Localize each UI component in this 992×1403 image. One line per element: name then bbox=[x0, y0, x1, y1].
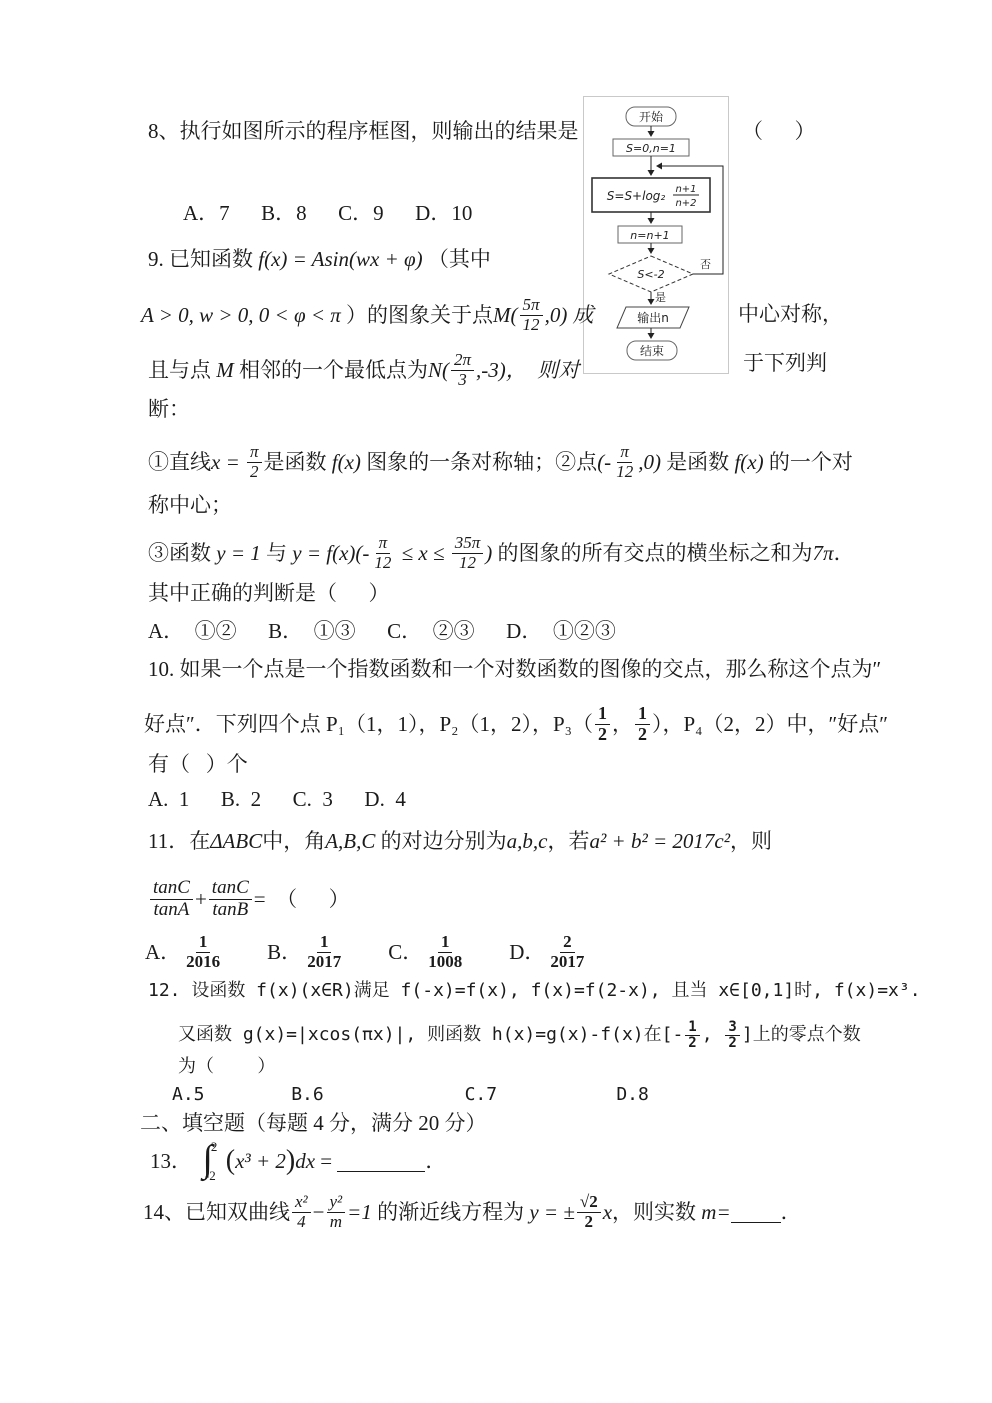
q8-flowchart: 开始 S=0,n=1 S=S+log₂ n+1 n+2 n=n+1 S<-2 否… bbox=[583, 96, 731, 376]
q13-line: 13． ∫ 2-2 (x³ + 2)dx = ． bbox=[150, 1138, 446, 1184]
q10-line2: 好点″．下列四个点 P₁（1，1），P₂（1，2），P₃（12，12），P₄（2… bbox=[144, 698, 888, 750]
fraction-tanC-tanA: tanCtanA bbox=[150, 878, 193, 920]
q11-options: A．12016 B．12017 C．11008 D．22017 bbox=[145, 922, 589, 982]
q9-line2: A > 0, w > 0, 0 < φ < π ）的图象关于点M(5π12,0)… bbox=[141, 291, 594, 339]
fraction-1-2016: 12016 bbox=[183, 933, 223, 971]
q12-options: A.5 B.6 C.7 D.8 bbox=[172, 1084, 649, 1107]
q14-answer-blank bbox=[731, 1202, 781, 1223]
flow-start-label: 开始 bbox=[639, 109, 664, 124]
q10-options: A. 1 B. 2 C. 3 D. 4 bbox=[148, 786, 406, 812]
fraction-1-2c: 12 bbox=[685, 1020, 699, 1050]
q9-judgement-1-2: ①直线x = π2是函数 f(x) 图象的一条对称轴；②点(-π12,0) 是函… bbox=[148, 436, 853, 488]
fraction-y2-m: y²m bbox=[327, 1193, 346, 1231]
flow-init-label: S=0,n=1 bbox=[626, 142, 676, 155]
q10-line3: 有（ ）个 bbox=[148, 751, 248, 777]
q13-answer-blank bbox=[337, 1151, 425, 1172]
fraction-pi-12b: π12 bbox=[371, 534, 394, 572]
flow-body-label: S=S+log₂ bbox=[607, 189, 666, 203]
fraction-3-2: 32 bbox=[725, 1020, 739, 1050]
flow-body-frac-num: n+1 bbox=[675, 184, 696, 195]
q8-options: A．7 B．8 C．9 D．10 bbox=[183, 200, 472, 226]
q9-conclusion: 其中正确的判断是（ ） bbox=[148, 580, 390, 606]
q9-side-text2: 于下列判 bbox=[743, 350, 827, 376]
fraction-pi-12: π12 bbox=[613, 443, 636, 481]
flow-increment-label: n=n+1 bbox=[630, 229, 669, 242]
fraction-2pi-3: 2π3 bbox=[451, 351, 474, 389]
q9-options: A． ①② B． ①③ C． ②③ D． ①②③ bbox=[148, 618, 616, 644]
q12-line3: 为（ ） bbox=[178, 1056, 275, 1079]
fraction-5pi-12: 5π12 bbox=[520, 296, 543, 334]
q9-line1: 9. 已知函数 f(x) = Asin(wx + φ) （其中 bbox=[148, 246, 491, 272]
fraction-sqrt2-2: √22 bbox=[577, 1193, 601, 1231]
q14-line: 14、已知双曲线x²4−y²m=1 的渐近线方程为 y = ±√22x，则实数 … bbox=[143, 1186, 802, 1238]
flow-output-label: 输出n bbox=[637, 310, 669, 325]
fraction-1-1008: 11008 bbox=[425, 933, 465, 971]
q9-judgement-3: ③函数 y = 1 与 y = f(x)(-π12 ≤ x ≤ 35π12) 的… bbox=[148, 526, 855, 580]
fraction-1-2a: 12 bbox=[595, 704, 610, 744]
fraction-tanC-tanB: tanCtanB bbox=[209, 878, 252, 920]
fraction-1-2b: 12 bbox=[635, 704, 650, 744]
q9-function: f(x) = Asin(wx + φ) bbox=[258, 246, 422, 272]
fraction-x2-4: x²4 bbox=[292, 1193, 311, 1231]
exam-page: { "q8": { "stem": "8、执行如图所示的程序框图，则输出的结果是… bbox=[0, 0, 992, 1403]
flow-condition-label: S<-2 bbox=[637, 268, 664, 281]
q9-side-text1: 中心对称， bbox=[738, 301, 843, 327]
flow-end-label: 结束 bbox=[640, 343, 664, 358]
q9-line4: 断： bbox=[148, 396, 190, 422]
q12-line1: 12. 设函数 f(x)(x∈R)满足 f(-x)=f(x), f(x)=f(2… bbox=[148, 980, 921, 1003]
q8-stem: 8、执行如图所示的程序框图，则输出的结果是 bbox=[148, 118, 579, 144]
q11-expression: tanCtanA+tanCtanB= （ ） bbox=[148, 868, 350, 930]
flow-body-frac-den: n+2 bbox=[675, 198, 696, 209]
q12-line2: 又函数 g(x)=|xcos(πx)|, 则函数 h(x)=g(x)-f(x)在… bbox=[178, 1010, 861, 1060]
fraction-2-2017: 22017 bbox=[547, 933, 587, 971]
fraction-35pi-12: 35π12 bbox=[452, 534, 484, 572]
q10-line1: 10. 如果一个点是一个指数函数和一个对数函数的图像的交点，那么称这个点为″ bbox=[148, 656, 881, 682]
flow-yes-label: 是 bbox=[655, 291, 666, 304]
fraction-pi-2: π2 bbox=[247, 443, 262, 481]
fraction-1-2017: 12017 bbox=[304, 933, 344, 971]
q9-judgement-2-cont: 称中心； bbox=[148, 492, 232, 518]
flow-no-label: 否 bbox=[700, 258, 711, 271]
q9-line3: 且与点 M 相邻的一个最低点为N(2π3,-3)， 则对 bbox=[148, 346, 579, 394]
q11-line1: 11．在ΔABC中，角A,B,C 的对边分别为a,b,c，若a² + b² = … bbox=[148, 828, 772, 854]
section2-title: 二、填空题（每题 4 分，满分 20 分） bbox=[140, 1110, 487, 1136]
q8-answer-paren: （ ） bbox=[742, 118, 816, 144]
q8-stem-line: 8、执行如图所示的程序框图，则输出的结果是 bbox=[148, 118, 579, 144]
